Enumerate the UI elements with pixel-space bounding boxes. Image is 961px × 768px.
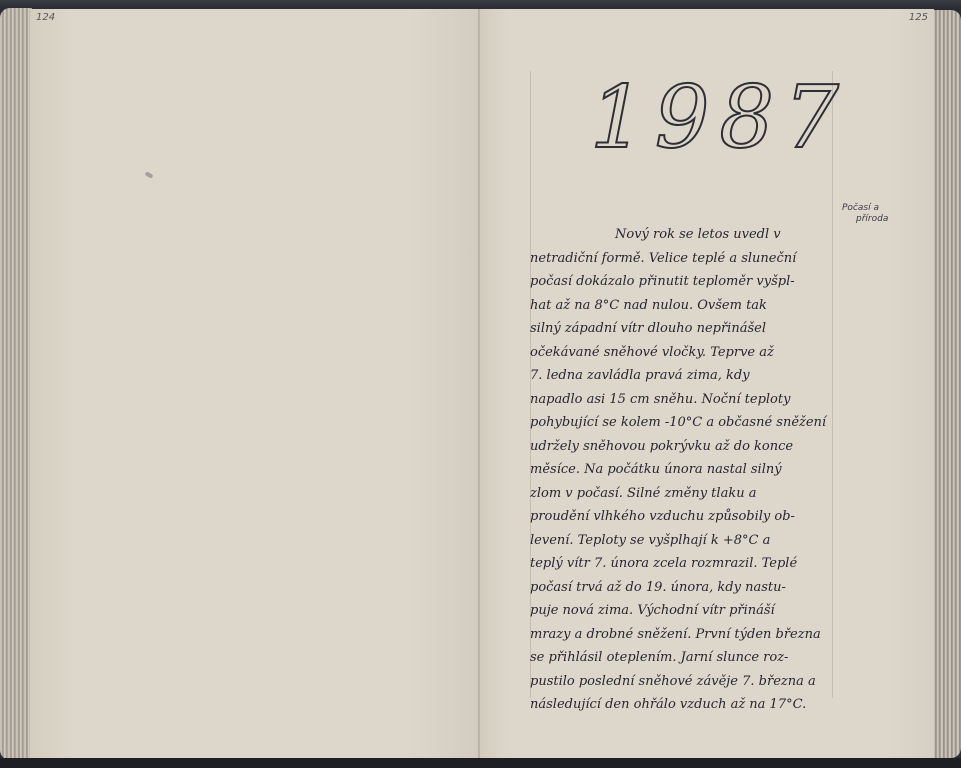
- text-line: počasí trvá až do 19. února, kdy nastu-: [530, 576, 830, 600]
- text-line: hat až na 8°C nad nulou. Ovšem tak: [530, 294, 830, 318]
- left-page: 124: [30, 9, 479, 758]
- text-line: netradiční formě. Velice teplé a slunečn…: [530, 247, 830, 271]
- open-book-scan: 124 125 1987 Počasí a příroda Nový rok s…: [0, 0, 961, 768]
- text-line: Nový rok se letos uvedl v: [530, 223, 830, 247]
- book-cover-bottom: [0, 758, 961, 768]
- text-line: počasí dokázalo přinutit teploměr vyšpl-: [530, 270, 830, 294]
- page-edges-left: [0, 8, 32, 760]
- page-number-left: 124: [36, 12, 55, 23]
- text-line: levení. Teploty se vyšplhají k +8°C a: [530, 529, 830, 553]
- right-page: 125 1987 Počasí a příroda Nový rok se le…: [479, 9, 934, 758]
- text-line: silný západní vítr dlouho nepřinášel: [530, 317, 830, 341]
- margin-note-line1: Počasí a: [842, 203, 879, 213]
- text-line: udržely sněhovou pokrývku až do konce: [530, 435, 830, 459]
- text-line: zlom v počasí. Silné změny tlaku a: [530, 482, 830, 506]
- page-number-right: 125: [909, 12, 928, 23]
- chronicle-paragraph: Nový rok se letos uvedl v netradiční for…: [530, 223, 830, 717]
- text-line: pohybující se kolem -10°C a občasné sněž…: [530, 411, 830, 435]
- text-line: puje nová zima. Východní vítr přináší: [530, 599, 830, 623]
- text-line: 7. ledna zavládla pravá zima, kdy: [530, 364, 830, 388]
- text-line: proudění vlhkého vzduchu způsobily ob-: [530, 505, 830, 529]
- margin-note-line2: příroda: [842, 214, 888, 225]
- text-line: následující den ohřálo vzduch až na 17°C…: [530, 693, 830, 717]
- book-cover-top: [0, 0, 961, 9]
- text-line: pustilo poslední sněhové závěje 7. březn…: [530, 670, 830, 694]
- year-heading: 1987: [590, 75, 849, 161]
- text-line: napadlo asi 15 cm sněhu. Noční teploty: [530, 388, 830, 412]
- text-line: očekávané sněhové vločky. Teprve až: [530, 341, 830, 365]
- ink-speck: [145, 171, 154, 178]
- text-line: měsíce. Na počátku února nastal silný: [530, 458, 830, 482]
- text-line: se přihlásil oteplením. Jarní slunce roz…: [530, 646, 830, 670]
- margin-note: Počasí a příroda: [842, 203, 888, 225]
- text-line: mrazy a drobné sněžení. První týden břez…: [530, 623, 830, 647]
- page-edges-right: [933, 10, 961, 758]
- text-line: teplý vítr 7. února zcela rozmrazil. Tep…: [530, 552, 830, 576]
